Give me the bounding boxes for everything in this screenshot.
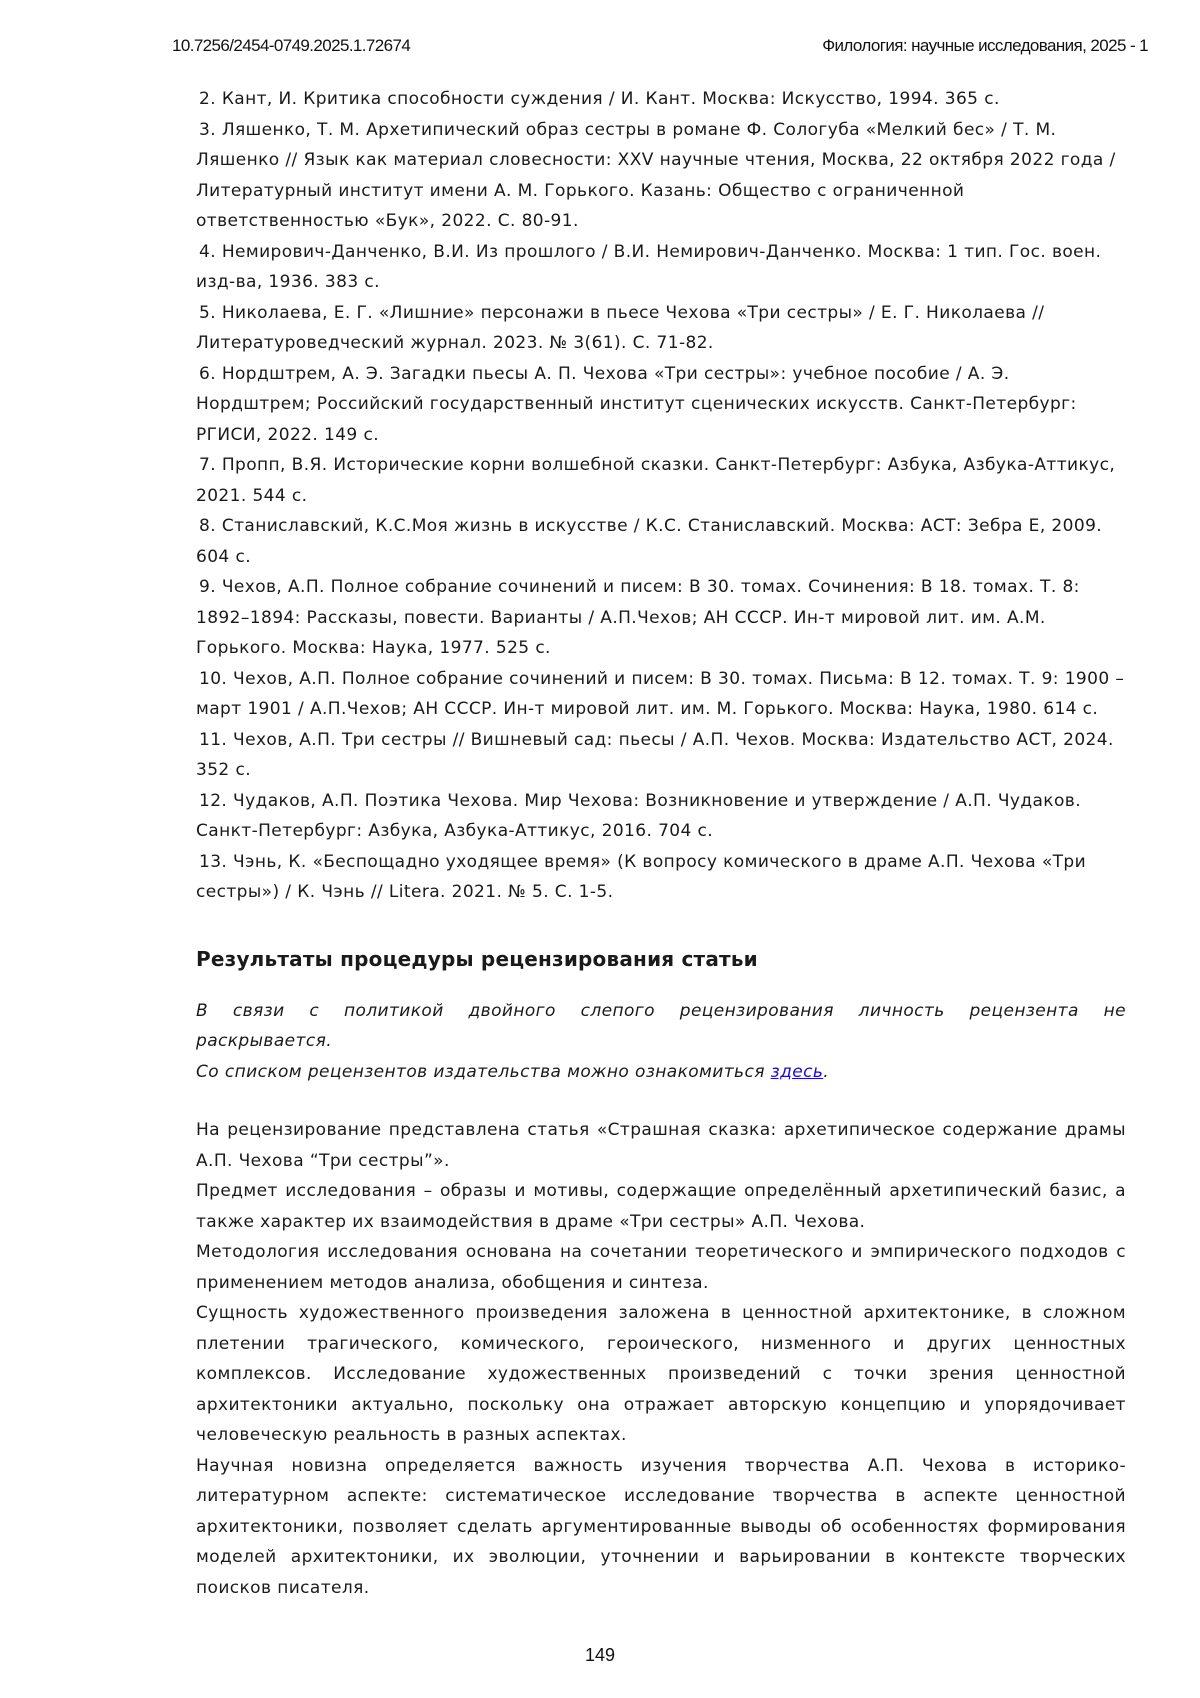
- review-note-punct: .: [823, 1062, 829, 1082]
- journal-title: Филология: научные исследования, 2025 - …: [822, 36, 1148, 56]
- review-note-text: Со списком рецензентов издательства можн…: [196, 1062, 771, 1082]
- review-body: На рецензирование представлена статья «С…: [196, 1115, 1126, 1603]
- reference-item: 9. Чехов, А.П. Полное собрание сочинений…: [196, 572, 1126, 664]
- page-header: 10.7256/2454-0749.2025.1.72674 Филология…: [172, 36, 1148, 60]
- review-section-title: Результаты процедуры рецензирования стат…: [196, 942, 1126, 976]
- reference-item: 13. Чэнь, К. «Беспощадно уходящее время»…: [196, 847, 1126, 908]
- page-number: 149: [0, 1645, 1200, 1666]
- reference-item: 4. Немирович-Данченко, В.И. Из прошлого …: [196, 237, 1126, 298]
- reference-item: 8. Станиславский, К.С.Моя жизнь в искусс…: [196, 511, 1126, 572]
- review-note-line: раскрывается.: [196, 1026, 1126, 1057]
- reference-item: 7. Пропп, В.Я. Исторические корни волшеб…: [196, 450, 1126, 511]
- reference-item: 10. Чехов, А.П. Полное собрание сочинени…: [196, 664, 1126, 725]
- reviewers-list-link[interactable]: здесь: [771, 1062, 824, 1082]
- reference-item: 2. Кант, И. Критика способности суждения…: [196, 84, 1126, 115]
- reference-item: 12. Чудаков, А.П. Поэтика Чехова. Мир Че…: [196, 786, 1126, 847]
- reference-item: 5. Николаева, Е. Г. «Лишние» персонажи в…: [196, 298, 1126, 359]
- doi-label: 10.7256/2454-0749.2025.1.72674: [172, 36, 410, 56]
- review-paragraph: На рецензирование представлена статья «С…: [196, 1115, 1126, 1176]
- reference-item: 11. Чехов, А.П. Три сестры // Вишневый с…: [196, 725, 1126, 786]
- review-note-line: В связи с политикой двойного слепого рец…: [196, 996, 1126, 1027]
- review-note: В связи с политикой двойного слепого рец…: [196, 996, 1126, 1088]
- review-paragraph: Сущность художественного произведения за…: [196, 1298, 1126, 1451]
- review-paragraph: Предмет исследования – образы и мотивы, …: [196, 1176, 1126, 1237]
- review-paragraph: Методология исследования основана на соч…: [196, 1237, 1126, 1298]
- reference-list: 2. Кант, И. Критика способности суждения…: [196, 84, 1126, 908]
- review-note-line: Со списком рецензентов издательства можн…: [196, 1057, 1126, 1088]
- page-content: 2. Кант, И. Критика способности суждения…: [196, 84, 1126, 1603]
- reference-item: 6. Нордштрем, А. Э. Загадки пьесы А. П. …: [196, 359, 1126, 451]
- review-paragraph: Научная новизна определяется важность из…: [196, 1451, 1126, 1604]
- reference-item: 3. Ляшенко, Т. М. Архетипический образ с…: [196, 115, 1126, 237]
